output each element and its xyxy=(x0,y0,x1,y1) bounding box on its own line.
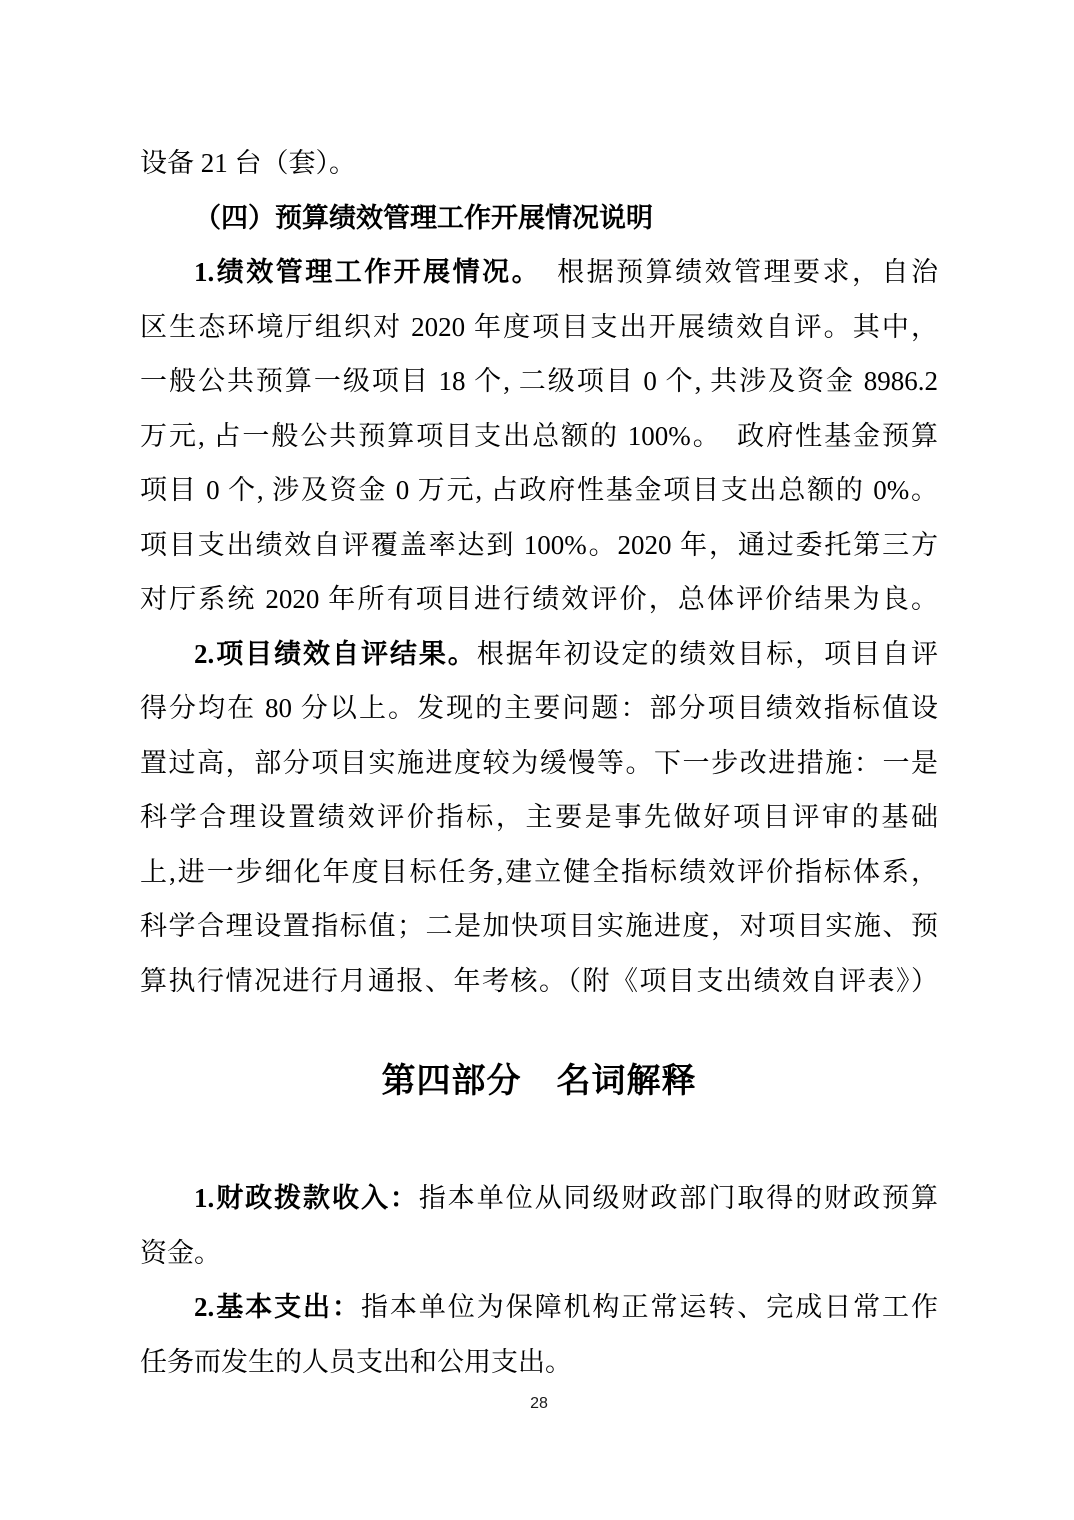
text-line: 万元, 占一般公共预算项目支出总额的 100%。 政府性基金预算 xyxy=(140,409,938,464)
text-segment: 根据年初设定的绩效目标，项目自评 xyxy=(477,639,938,669)
bold-text-segment: 2.项目绩效自评结果。 xyxy=(194,639,477,669)
text-line: 设备 21 台（套）。 xyxy=(140,136,938,191)
bold-text-segment: （四）预算绩效管理工作开展情况说明 xyxy=(194,203,653,233)
text-line: 对厅系统 2020 年所有项目进行绩效评价，总体评价结果为良。 xyxy=(140,572,938,627)
text-segment: 根据预算绩效管理要求，自治 xyxy=(528,257,938,287)
page-number: 28 xyxy=(140,1393,938,1415)
text-segment: 科学合理设置指标值；二是加快项目实施进度，对项目实施、预 xyxy=(140,911,938,941)
paragraph-performance-management: 1.绩效管理工作开展情况。 根据预算绩效管理要求，自治区生态环境厅组织对 202… xyxy=(140,245,938,627)
text-segment: 设备 21 台（套）。 xyxy=(140,148,356,178)
text-segment: 万元, 占一般公共预算项目支出总额的 100%。 政府性基金预算 xyxy=(140,421,938,451)
text-line: 资金。 xyxy=(140,1226,938,1281)
text-line: （四）预算绩效管理工作开展情况说明 xyxy=(140,191,938,246)
text-segment: 得分均在 80 分以上。发现的主要问题：部分项目绩效指标值设 xyxy=(140,693,938,723)
paragraph-continuation: 设备 21 台（套）。 xyxy=(140,136,938,191)
text-line: 1.绩效管理工作开展情况。 根据预算绩效管理要求，自治 xyxy=(140,245,938,300)
bold-text-segment: 1.财政拨款收入： xyxy=(194,1183,419,1213)
text-line: 科学合理设置绩效评价指标，主要是事先做好项目评审的基础 xyxy=(140,790,938,845)
text-line: 科学合理设置指标值；二是加快项目实施进度，对项目实施、预 xyxy=(140,899,938,954)
text-line: 上,进一步细化年度目标任务,建立健全指标绩效评价指标体系， xyxy=(140,845,938,900)
text-line: 算执行情况进行月通报、年考核。（附《项目支出绩效自评表》） xyxy=(140,954,938,1009)
text-segment: 项目支出绩效自评覆盖率达到 100%。2020 年，通过委托第三方 xyxy=(140,530,938,560)
text-segment: 项目 0 个, 涉及资金 0 万元, 占政府性基金项目支出总额的 0%。 xyxy=(140,475,938,505)
text-segment: 对厅系统 2020 年所有项目进行绩效评价，总体评价结果为良。 xyxy=(140,584,938,614)
text-segment: 科学合理设置绩效评价指标，主要是事先做好项目评审的基础 xyxy=(140,802,938,832)
text-line: 项目支出绩效自评覆盖率达到 100%。2020 年，通过委托第三方 xyxy=(140,518,938,573)
text-line: 1.财政拨款收入：指本单位从同级财政部门取得的财政预算 xyxy=(140,1171,938,1226)
text-line: 任务而发生的人员支出和公用支出。 xyxy=(140,1335,938,1390)
text-line: 2.基本支出：指本单位为保障机构正常运转、完成日常工作 xyxy=(140,1280,938,1335)
text-segment: 任务而发生的人员支出和公用支出。 xyxy=(140,1347,572,1377)
text-line: 置过高，部分项目实施进度较为缓慢等。下一步改进措施：一是 xyxy=(140,736,938,791)
text-segment: 资金。 xyxy=(140,1238,221,1268)
text-line: 得分均在 80 分以上。发现的主要问题：部分项目绩效指标值设 xyxy=(140,681,938,736)
paragraph-self-evaluation-results: 2.项目绩效自评结果。根据年初设定的绩效目标，项目自评得分均在 80 分以上。发… xyxy=(140,627,938,1009)
paragraph-def-basic-expenditure: 2.基本支出：指本单位为保障机构正常运转、完成日常工作任务而发生的人员支出和公用… xyxy=(140,1280,938,1389)
part4-heading: 第四部分 名词解释 xyxy=(140,1054,938,1108)
bold-text-segment: 1.绩效管理工作开展情况。 xyxy=(194,257,528,287)
document-content: 设备 21 台（套）。 （四）预算绩效管理工作开展情况说明 1.绩效管理工作开展… xyxy=(0,0,1074,1415)
text-segment: 区生态环境厅组织对 2020 年度项目支出开展绩效自评。其中， xyxy=(140,312,938,342)
text-line: 一般公共预算一级项目 18 个, 二级项目 0 个, 共涉及资金 8986.2 xyxy=(140,354,938,409)
text-segment: 算执行情况进行月通报、年考核。（附《项目支出绩效自评表》） xyxy=(140,966,938,996)
text-segment: 置过高，部分项目实施进度较为缓慢等。下一步改进措施：一是 xyxy=(140,748,938,778)
text-line: 2.项目绩效自评结果。根据年初设定的绩效目标，项目自评 xyxy=(140,627,938,682)
text-segment: 一般公共预算一级项目 18 个, 二级项目 0 个, 共涉及资金 8986.2 xyxy=(140,366,938,396)
text-segment: 指本单位为保障机构正常运转、完成日常工作 xyxy=(361,1292,938,1322)
document-page: 设备 21 台（套）。 （四）预算绩效管理工作开展情况说明 1.绩效管理工作开展… xyxy=(0,0,1074,1520)
text-segment: 上,进一步细化年度目标任务,建立健全指标绩效评价指标体系， xyxy=(140,857,938,887)
text-segment: 指本单位从同级财政部门取得的财政预算 xyxy=(419,1183,938,1213)
text-line: 区生态环境厅组织对 2020 年度项目支出开展绩效自评。其中， xyxy=(140,300,938,355)
text-line: 项目 0 个, 涉及资金 0 万元, 占政府性基金项目支出总额的 0%。 xyxy=(140,463,938,518)
paragraph-def-fiscal-income: 1.财政拨款收入：指本单位从同级财政部门取得的财政预算资金。 xyxy=(140,1171,938,1280)
subsection-heading: （四）预算绩效管理工作开展情况说明 xyxy=(140,191,938,246)
bold-text-segment: 2.基本支出： xyxy=(194,1292,361,1322)
